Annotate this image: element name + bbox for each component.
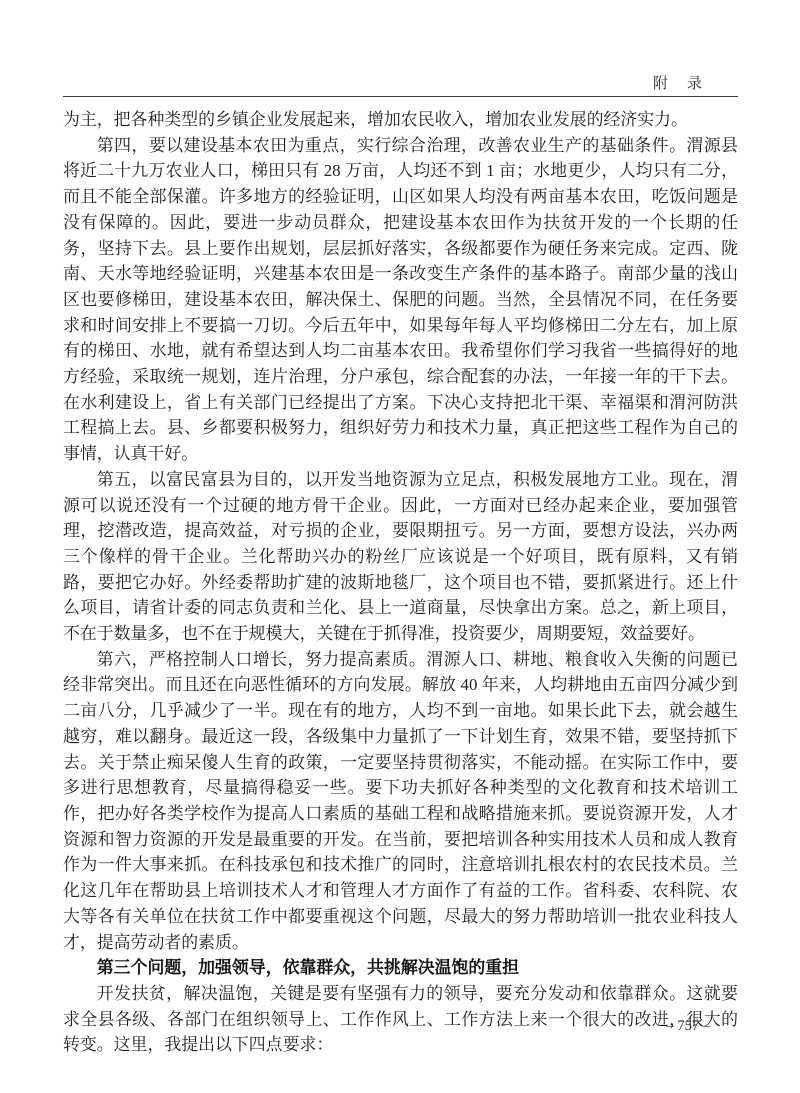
- header-rule: [63, 96, 738, 97]
- section-heading: 第三个问题，加强领导，依靠群众，共挑解决温饱的重担: [63, 955, 738, 981]
- document-body: 为主，把各种类型的乡镇企业发展起来，增加农民收入，增加农业发展的经济实力。第四，…: [63, 107, 738, 1058]
- running-head-title: 附 录: [653, 74, 738, 94]
- paragraph: 第五，以富民富县为目的，以开发当地资源为立足点，积极发展地方工业。现在，渭源可以…: [63, 467, 738, 647]
- running-head: 附 录: [63, 74, 738, 94]
- paragraph: 第六，严格控制人口增长，努力提高素质。渭源人口、耕地、粮食收入失衡的问题已经非常…: [63, 647, 738, 955]
- page-footer: – 757 –: [63, 1016, 710, 1036]
- paragraph: 第四，要以建设基本农田为重点，实行综合治理，改善农业生产的基础条件。渭源县将近二…: [63, 133, 738, 467]
- page-number: – 757 –: [667, 1018, 711, 1034]
- book-page: 附 录 为主，把各种类型的乡镇企业发展起来，增加农民收入，增加农业发展的经济实力…: [0, 0, 800, 1093]
- paragraph: 为主，把各种类型的乡镇企业发展起来，增加农民收入，增加农业发展的经济实力。: [63, 107, 738, 133]
